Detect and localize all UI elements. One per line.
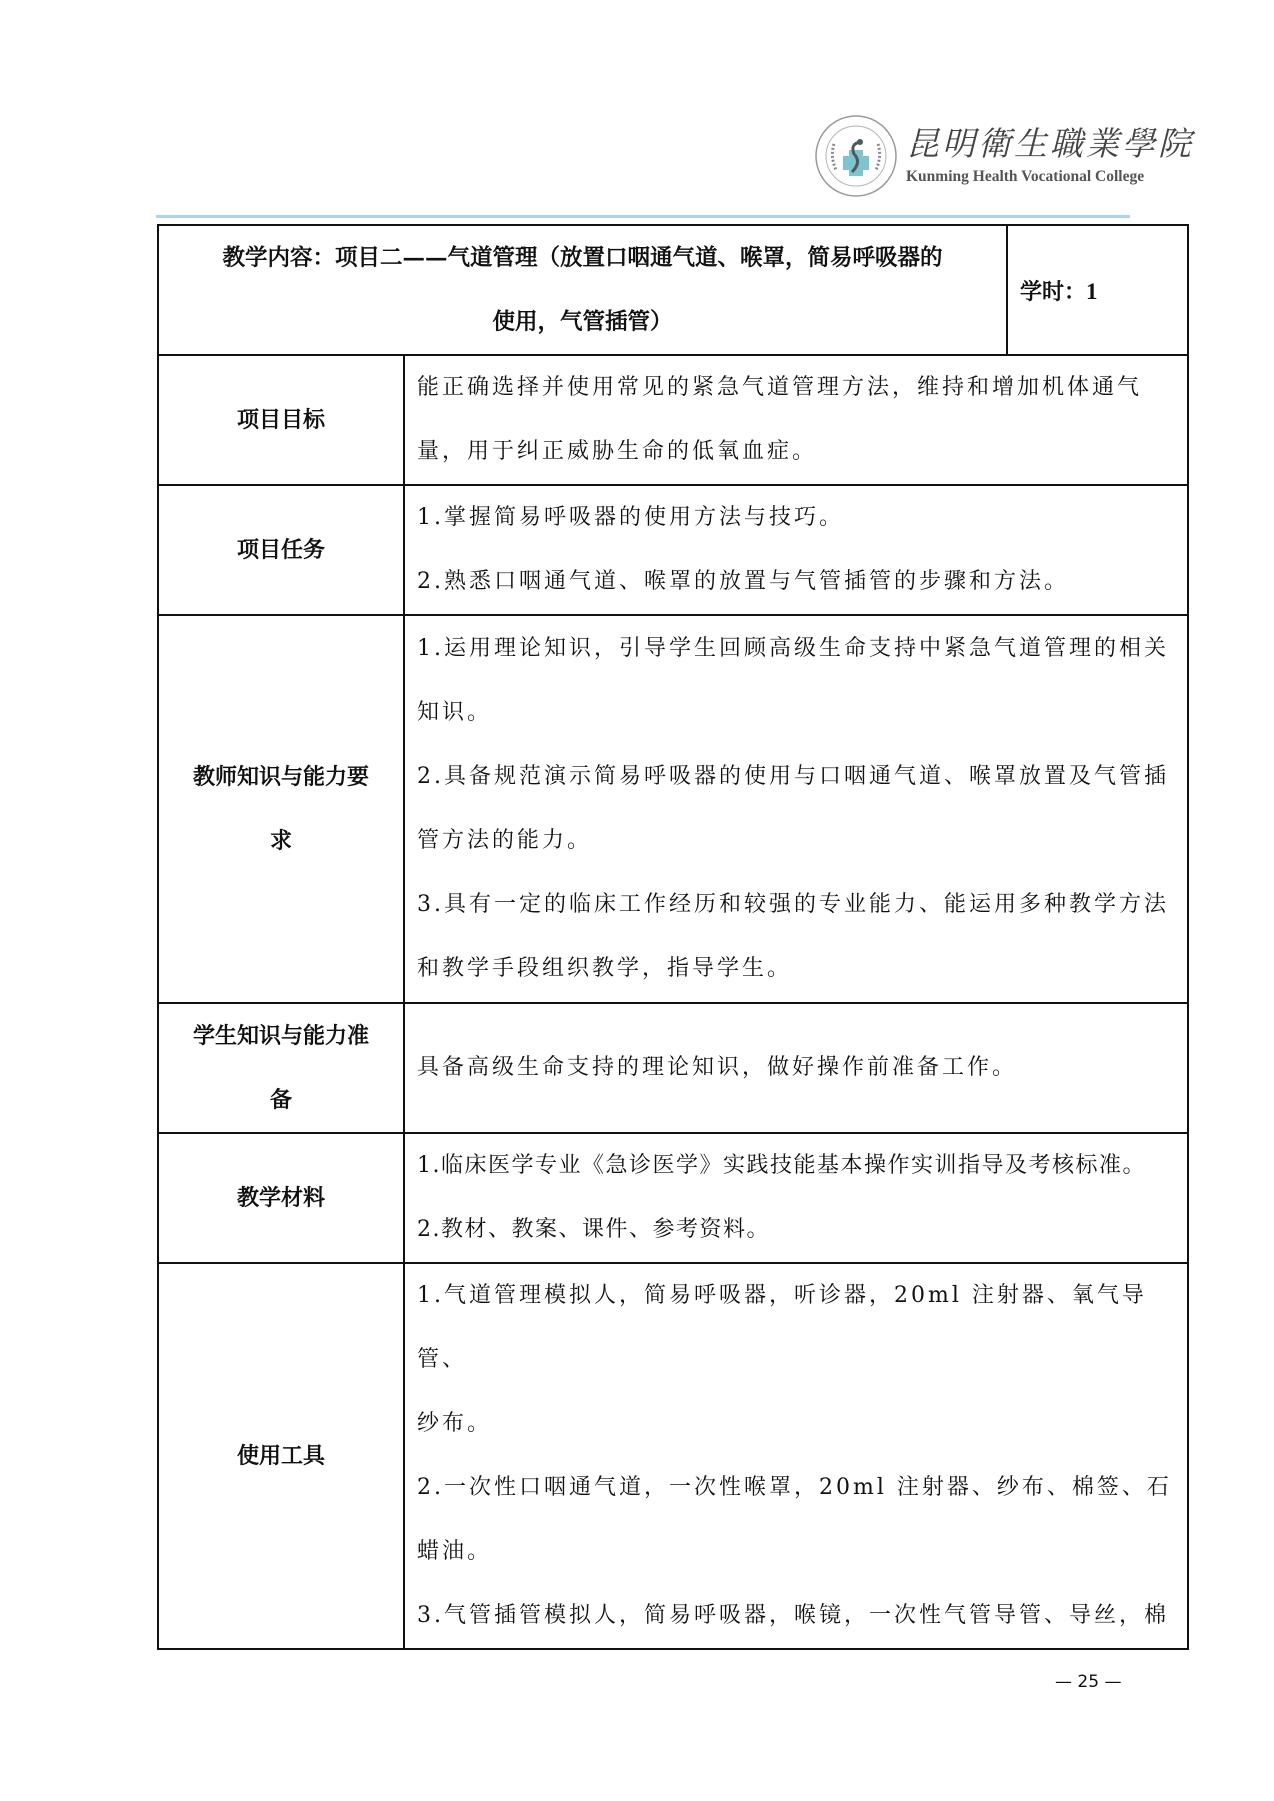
row-label: 使用工具 (158, 1263, 404, 1649)
label-line: 项目目标 (175, 388, 387, 452)
content-line: 3.气管插管模拟人，简易呼吸器，喉镜，一次性气管导管、导丝，棉 (417, 1584, 1177, 1648)
row-content: 1.临床医学专业《急诊医学》实践技能基本操作实训指导及考核标准。 2.教材、教案… (404, 1133, 1188, 1263)
table-row: 使用工具 1.气道管理模拟人，简易呼吸器，听诊器，20ml 注射器、氧气导管、 … (158, 1263, 1188, 1649)
table-row: 项目目标 能正确选择并使用常见的紧急气道管理方法，维持和增加机体通气 量，用于纠… (158, 355, 1188, 485)
hours-value: 1 (1086, 279, 1098, 304)
content-line: 2.教材、教案、课件、参考资料。 (417, 1198, 1177, 1262)
label-line: 求 (175, 809, 387, 873)
content-line: 能正确选择并使用常见的紧急气道管理方法，维持和增加机体通气 (417, 356, 1177, 420)
content-line: 1.临床医学专业《急诊医学》实践技能基本操作实训指导及考核标准。 (417, 1134, 1177, 1198)
label-line: 教师知识与能力要 (175, 745, 387, 809)
content-line: 量，用于纠正威胁生命的低氧血症。 (417, 420, 1177, 484)
content-line: 1.掌握简易呼吸器的使用方法与技巧。 (417, 486, 1177, 550)
table-row: 教师知识与能力要 求 1.运用理论知识，引导学生回顾高级生命支持中紧急气道管理的… (158, 615, 1188, 1003)
content-line: 2.一次性口咽通气道，一次性喉罩，20ml 注射器、纱布、棉签、石 (417, 1456, 1177, 1520)
content-line: 蜡油。 (417, 1520, 1177, 1584)
table-row: 项目任务 1.掌握简易呼吸器的使用方法与技巧。 2.熟悉口咽通气道、喉罩的放置与… (158, 485, 1188, 615)
row-label: 教学材料 (158, 1133, 404, 1263)
content-line: 管方法的能力。 (417, 809, 1177, 873)
college-name-cn: 昆明衛生職業學院 (906, 118, 1194, 165)
label-line: 教学材料 (175, 1166, 387, 1230)
label-line: 使用工具 (175, 1424, 387, 1488)
page-number: — 25 — (1055, 1672, 1121, 1692)
label-line: 备 (175, 1068, 387, 1132)
label-line: 学生知识与能力准 (175, 1004, 387, 1068)
row-label: 学生知识与能力准 备 (158, 1003, 404, 1133)
content-line: 1.气道管理模拟人，简易呼吸器，听诊器，20ml 注射器、氧气导管、 (417, 1264, 1177, 1392)
row-label: 项目任务 (158, 485, 404, 615)
row-content: 1.运用理论知识，引导学生回顾高级生命支持中紧急气道管理的相关 知识。 2.具备… (404, 615, 1188, 1003)
header-divider (156, 215, 1130, 218)
content-line: 1.运用理论知识，引导学生回顾高级生命支持中紧急气道管理的相关 (417, 617, 1177, 681)
table-row: 教学材料 1.临床医学专业《急诊医学》实践技能基本操作实训指导及考核标准。 2.… (158, 1133, 1188, 1263)
class-hours: 学时：1 (1007, 225, 1188, 355)
content-line: 2.熟悉口咽通气道、喉罩的放置与气管插管的步骤和方法。 (417, 550, 1177, 614)
row-label: 项目目标 (158, 355, 404, 485)
content-line: 2.具备规范演示简易呼吸器的使用与口咽通气道、喉罩放置及气管插 (417, 745, 1177, 809)
page-header: 昆明衛生職業學院 Kunming Health Vocational Colle… (0, 0, 1274, 220)
row-content: 1.气道管理模拟人，简易呼吸器，听诊器，20ml 注射器、氧气导管、 纱布。 2… (404, 1263, 1188, 1649)
table-title-row: 教学内容：项目二——气道管理（放置口咽通气道、喉罩，简易呼吸器的 使用，气管插管… (158, 225, 1188, 355)
table-row: 学生知识与能力准 备 具备高级生命支持的理论知识，做好操作前准备工作。 (158, 1003, 1188, 1133)
college-name-en: Kunming Health Vocational College (906, 168, 1144, 186)
label-line: 项目任务 (175, 518, 387, 582)
lesson-plan-table: 教学内容：项目二——气道管理（放置口咽通气道、喉罩，简易呼吸器的 使用，气管插管… (157, 224, 1189, 1650)
row-content: 具备高级生命支持的理论知识，做好操作前准备工作。 (404, 1003, 1188, 1133)
row-content: 能正确选择并使用常见的紧急气道管理方法，维持和增加机体通气 量，用于纠正威胁生命… (404, 355, 1188, 485)
content-line: 和教学手段组织教学，指导学生。 (417, 937, 1177, 1001)
content-line: 知识。 (417, 681, 1177, 745)
teaching-content-title: 教学内容：项目二——气道管理（放置口咽通气道、喉罩，简易呼吸器的 使用，气管插管… (158, 225, 1007, 355)
content-line: 3.具有一定的临床工作经历和较强的专业能力、能运用多种教学方法 (417, 873, 1177, 937)
content-line: 纱布。 (417, 1392, 1177, 1456)
title-line: 教学内容：项目二——气道管理（放置口咽通气道、喉罩，简易呼吸器的 (169, 226, 996, 290)
row-content: 1.掌握简易呼吸器的使用方法与技巧。 2.熟悉口咽通气道、喉罩的放置与气管插管的… (404, 485, 1188, 615)
row-label: 教师知识与能力要 求 (158, 615, 404, 1003)
hours-label: 学时： (1020, 279, 1086, 305)
college-emblem-icon (814, 114, 898, 198)
content-line: 具备高级生命支持的理论知识，做好操作前准备工作。 (417, 1036, 1177, 1100)
title-line: 使用，气管插管） (169, 290, 996, 354)
